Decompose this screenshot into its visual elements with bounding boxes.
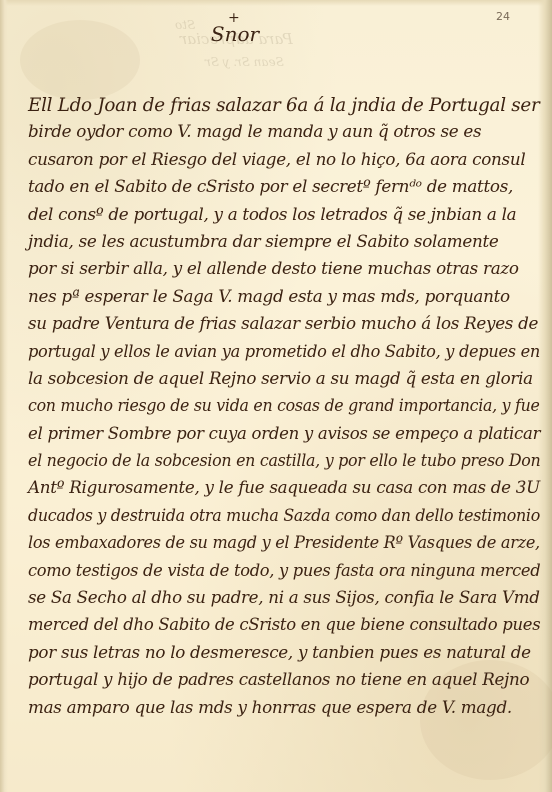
manuscript-line: como testigos de vista de todo, y pues f… — [28, 558, 525, 585]
manuscript-line: se Sa Secho al dho su padre, ni a sus Si… — [28, 585, 538, 612]
manuscript-line: portugal y ellos le avian ya prometido e… — [28, 339, 522, 366]
page-binding-edge — [0, 0, 8, 792]
paper-stain — [20, 20, 140, 100]
manuscript-line: con mucho riesgo de su vida en cosas de … — [28, 393, 511, 420]
manuscript-line: del consº de portugal, y a todos los let… — [28, 202, 540, 229]
bleed-through-text: Sean Sr. y Sr — [205, 55, 284, 69]
manuscript-line: su padre Ventura de frias salazar serbio… — [28, 311, 540, 338]
manuscript-line: jndia, se les acustumbra dar siempre el … — [28, 229, 540, 256]
page-top-edge — [0, 0, 552, 6]
manuscript-page: Sto Para adpreciar Sean Sr. y Sr 24 + Sn… — [0, 0, 552, 792]
manuscript-line: cusaron por el Riesgo del viage, el no l… — [28, 147, 540, 174]
abbreviation-mark: + — [228, 10, 240, 26]
manuscript-line: Ell Ldo Joan de frias salazar 6a á la jn… — [28, 92, 529, 119]
manuscript-line: tado en el Sabito de cSristo por el secr… — [28, 174, 540, 201]
manuscript-body: Ell Ldo Joan de frias salazar 6a á la jn… — [28, 92, 548, 722]
manuscript-line: nes pª esperar le Saga V. magd esta y ma… — [28, 284, 540, 311]
manuscript-line: ducados y destruida otra mucha Sazda com… — [28, 503, 513, 530]
manuscript-line: el primer Sombre por cuya orden y avisos… — [28, 421, 533, 448]
manuscript-line: el negocio de la sobcesion en castilla, … — [28, 448, 513, 475]
manuscript-line: por si serbir alla, y el allende desto t… — [28, 256, 540, 283]
salutation-heading: + Snor — [200, 22, 270, 46]
manuscript-line: birde oydor como V. magd le manda y aun … — [28, 119, 540, 146]
manuscript-line: merced del dho Sabito de cSristo en que … — [28, 612, 530, 639]
folio-number: 24 — [496, 10, 510, 23]
manuscript-line: portugal y hijo de padres castellanos no… — [28, 667, 540, 694]
manuscript-line: la sobcesion de aquel Rejno servio a su … — [28, 366, 540, 393]
manuscript-line: los embaxadores de su magd y el Presiden… — [28, 530, 520, 557]
manuscript-line: por sus letras no lo desmeresce, y tanbi… — [28, 640, 540, 667]
manuscript-line: mas amparo que las mds y honrras que esp… — [28, 695, 540, 722]
manuscript-line: Antº Rigurosamente, y le fue saqueada su… — [28, 475, 539, 502]
